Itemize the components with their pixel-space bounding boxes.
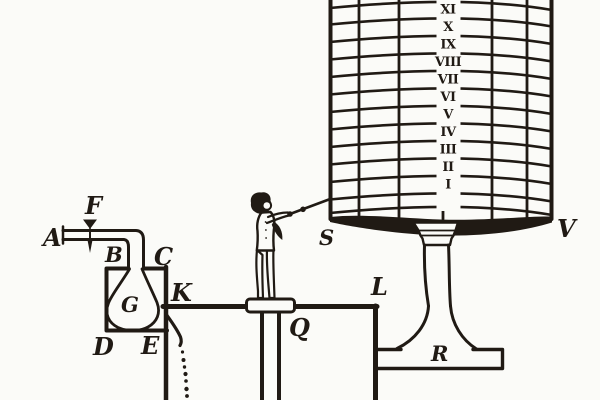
label-e: E [140,331,160,360]
label-g: G [121,292,139,317]
statue-shading-dot [265,237,267,239]
water-drop [184,387,188,391]
label-d: D [92,332,114,361]
statue-torso [257,212,275,251]
water-drop [184,379,188,383]
piston-platform [247,299,295,312]
label-v: V [557,214,578,243]
drum-numeral-xi: XI [440,3,456,18]
water-drops [181,350,189,398]
cistern-tank [163,306,377,400]
stopcock-valve-pin [88,240,93,253]
supply-pipe-top [63,231,144,269]
piston-float [247,299,295,400]
engraving-page: XIXIXVIIIVIIVIVIVIIIIII [0,0,600,400]
label-s: S [319,225,334,250]
pointer-rod [290,199,332,215]
pedestal-capital [414,223,459,246]
label-c: C [154,242,173,271]
drum-numeral-vii: VII [437,73,459,88]
water-drop [182,358,186,362]
drum-numeral-i: I [445,178,451,193]
pedestal-flare-left [397,306,429,349]
pointer-rod-knob [300,207,306,213]
water-drop [181,350,184,353]
part-labels: F A B C G K D E Q S L V R [41,191,578,366]
pedestal-flare-right [451,306,477,349]
stopcock-valve-funnel [83,220,97,230]
label-l: L [370,272,388,301]
statue-face [263,201,272,210]
label-f: F [84,191,104,220]
label-b: B [104,242,123,267]
label-q: Q [289,313,310,342]
drum-numeral-iv: IV [440,125,457,140]
statue-shading-dot [265,229,267,231]
clepsydra-water-clock-diagram: XIXIXVIIIVIIVIVIVIIIIII [0,0,600,400]
label-a: A [41,223,62,252]
label-r: R [430,341,448,366]
water-drop [183,365,186,368]
drum-numeral-ii: II [442,160,454,175]
water-drop [185,394,189,398]
drum-numeral-x: X [443,20,454,35]
label-k: K [170,278,193,307]
statue-left-leg [256,250,263,298]
piston-rod [262,312,279,400]
pedestal-column-left [424,245,428,306]
drum-numeral-iii: III [440,143,457,158]
statue-right-leg [267,250,275,298]
hour-drum: XIXIXVIIIVIIVIVIVIIIIII [330,0,552,236]
drum-numeral-vi: VI [439,90,456,105]
water-drop [183,372,187,376]
drum-numeral-ix: IX [440,38,457,53]
drum-numeral-v: V [442,108,454,123]
pedestal-column-right [449,245,451,306]
drum-numeral-viii: VIII [434,55,462,70]
